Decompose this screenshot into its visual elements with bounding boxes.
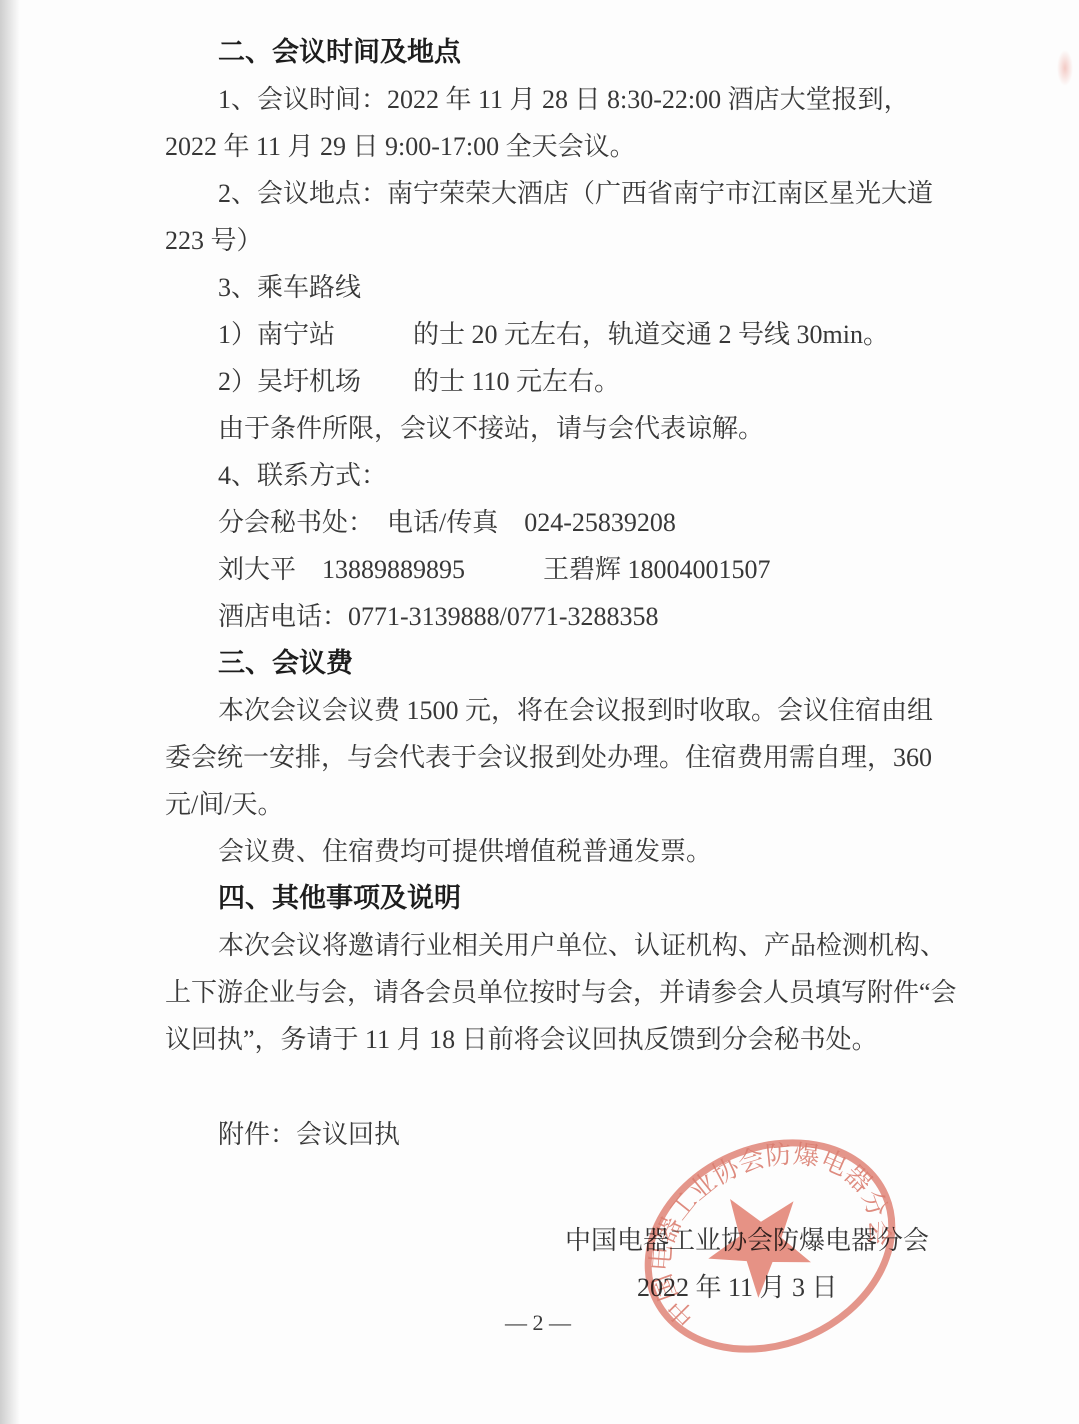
text-line: 本次会议将邀请行业相关用户单位、认证机构、产品检测机构、 [165, 922, 965, 969]
section-heading: 三、会议费 [165, 640, 965, 687]
text-line: 元/间/天。 [165, 781, 965, 828]
text-line: 由于条件所限，会议不接站，请与会代表谅解。 [165, 405, 965, 452]
text-line: 议回执”，务请于 11 月 18 日前将会议回执反馈到分会秘书处。 [165, 1016, 965, 1063]
text-line: 分会秘书处： 电话/传真 024-25839208 [165, 499, 965, 546]
text-line: 酒店电话：0771-3139888/0771-3288358 [165, 593, 965, 640]
text-line: 刘大平 13889889895 王碧辉 18004001507 [165, 546, 965, 593]
scan-edge-shadow [0, 0, 20, 1424]
scan-smudge [1057, 50, 1073, 86]
text-line: 本次会议会议费 1500 元，将在会议报到时收取。会议住宿由组 [165, 687, 965, 734]
text-line: 2）吴圩机场 的士 110 元左右。 [165, 358, 965, 405]
section-heading: 四、其他事项及说明 [165, 875, 965, 922]
text-line: 1、会议时间：2022 年 11 月 28 日 8:30-22:00 酒店大堂报… [165, 76, 965, 123]
text-line: 223 号） [165, 217, 965, 264]
text-line: 4、联系方式： [165, 452, 965, 499]
section-heading: 二、会议时间及地点 [165, 29, 965, 76]
text-line: 上下游企业与会，请各会员单位按时与会，并请参会人员填写附件“会 [165, 969, 965, 1016]
text-line: 2、会议地点：南宁荣荣大酒店（广西省南宁市江南区星光大道 [165, 170, 965, 217]
text-line: 3、乘车路线 [165, 264, 965, 311]
text-line: 委会统一安排，与会代表于会议报到处办理。住宿费用需自理，360 [165, 734, 965, 781]
scanned-document-page: 二、会议时间及地点1、会议时间：2022 年 11 月 28 日 8:30-22… [0, 0, 1079, 1424]
document-content: 二、会议时间及地点1、会议时间：2022 年 11 月 28 日 8:30-22… [165, 29, 965, 1346]
text-line: 附件：会议回执 [165, 1111, 965, 1158]
signature-line: 中国电器工业协会防爆电器分会 [565, 1217, 965, 1264]
text-line: 1）南宁站 的士 20 元左右，轨道交通 2 号线 30min。 [165, 311, 965, 358]
text-line: 2022 年 11 月 29 日 9:00-17:00 全天会议。 [165, 123, 965, 170]
text-line: 会议费、住宿费均可提供增值税普通发票。 [165, 828, 965, 875]
